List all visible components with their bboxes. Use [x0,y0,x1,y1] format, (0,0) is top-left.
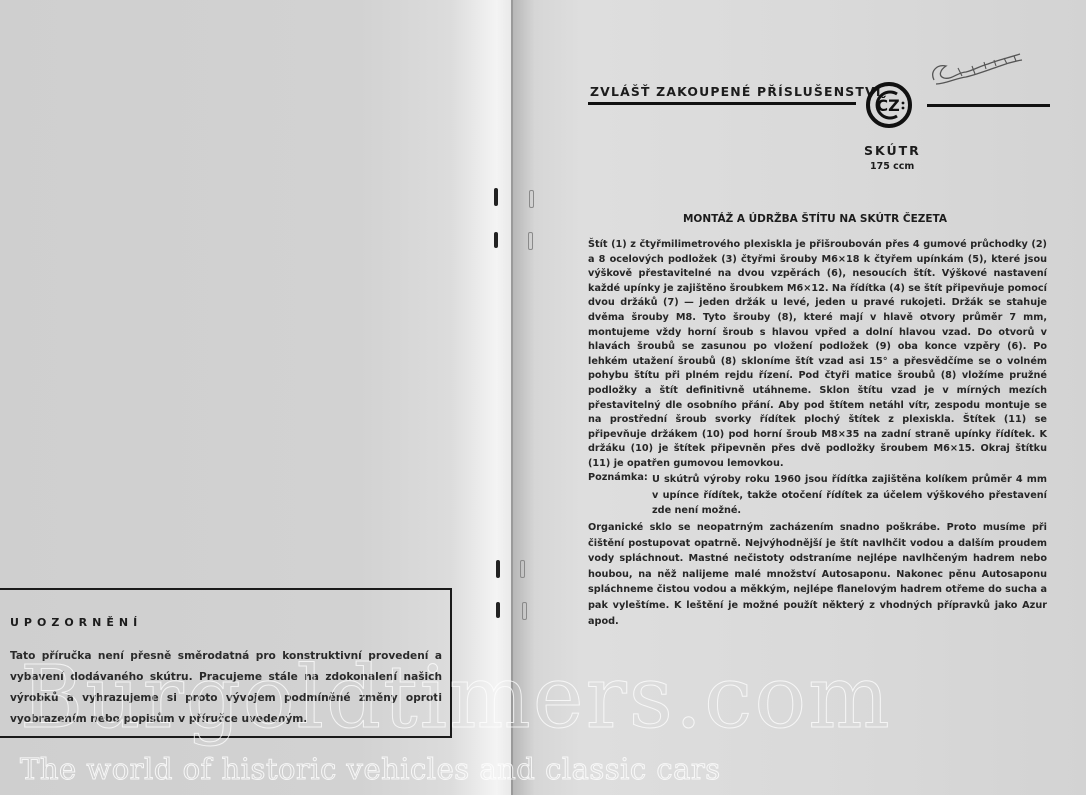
note-text: U skútrů výroby roku 1960 jsou řídítka z… [652,472,1047,519]
header-rule [588,102,856,105]
staple-icon [529,190,534,208]
model-displacement: 175 ccm [870,161,914,172]
model-name: SKÚTR [864,143,921,158]
article-paragraph: Štít (1) z čtyřmilimetrového plexiskla j… [588,238,1047,472]
staple-icon [494,232,498,248]
note-label: Poznámka: [588,472,648,483]
watermark-site: Burgoldtimers.com [20,648,892,748]
staple-icon [496,602,500,618]
svg-text:ČZ: ČZ [876,96,899,115]
watermark-tagline: The world of historic vehicles and class… [20,752,721,786]
staple-icon [528,232,533,250]
section-title: ZVLÁŠŤ ZAKOUPENÉ PŘÍSLUŠENSTVÍ [590,84,882,99]
cz-brand-logo-icon: ČZ [866,82,912,128]
staple-icon [522,602,527,620]
staple-icon [520,560,525,578]
staple-icon [496,560,500,578]
staple-icon [494,188,498,206]
notice-title: UPOZORNĚNÍ [10,616,142,629]
cezeta-script-logo-icon [928,50,1024,88]
article-paragraph: Organické sklo se neopatrným zacházením … [588,520,1047,629]
article-title: MONTÁŽ A ÚDRŽBA ŠTÍTU NA SKÚTR ČEZETA [600,213,1030,225]
header-rule [927,104,1050,107]
